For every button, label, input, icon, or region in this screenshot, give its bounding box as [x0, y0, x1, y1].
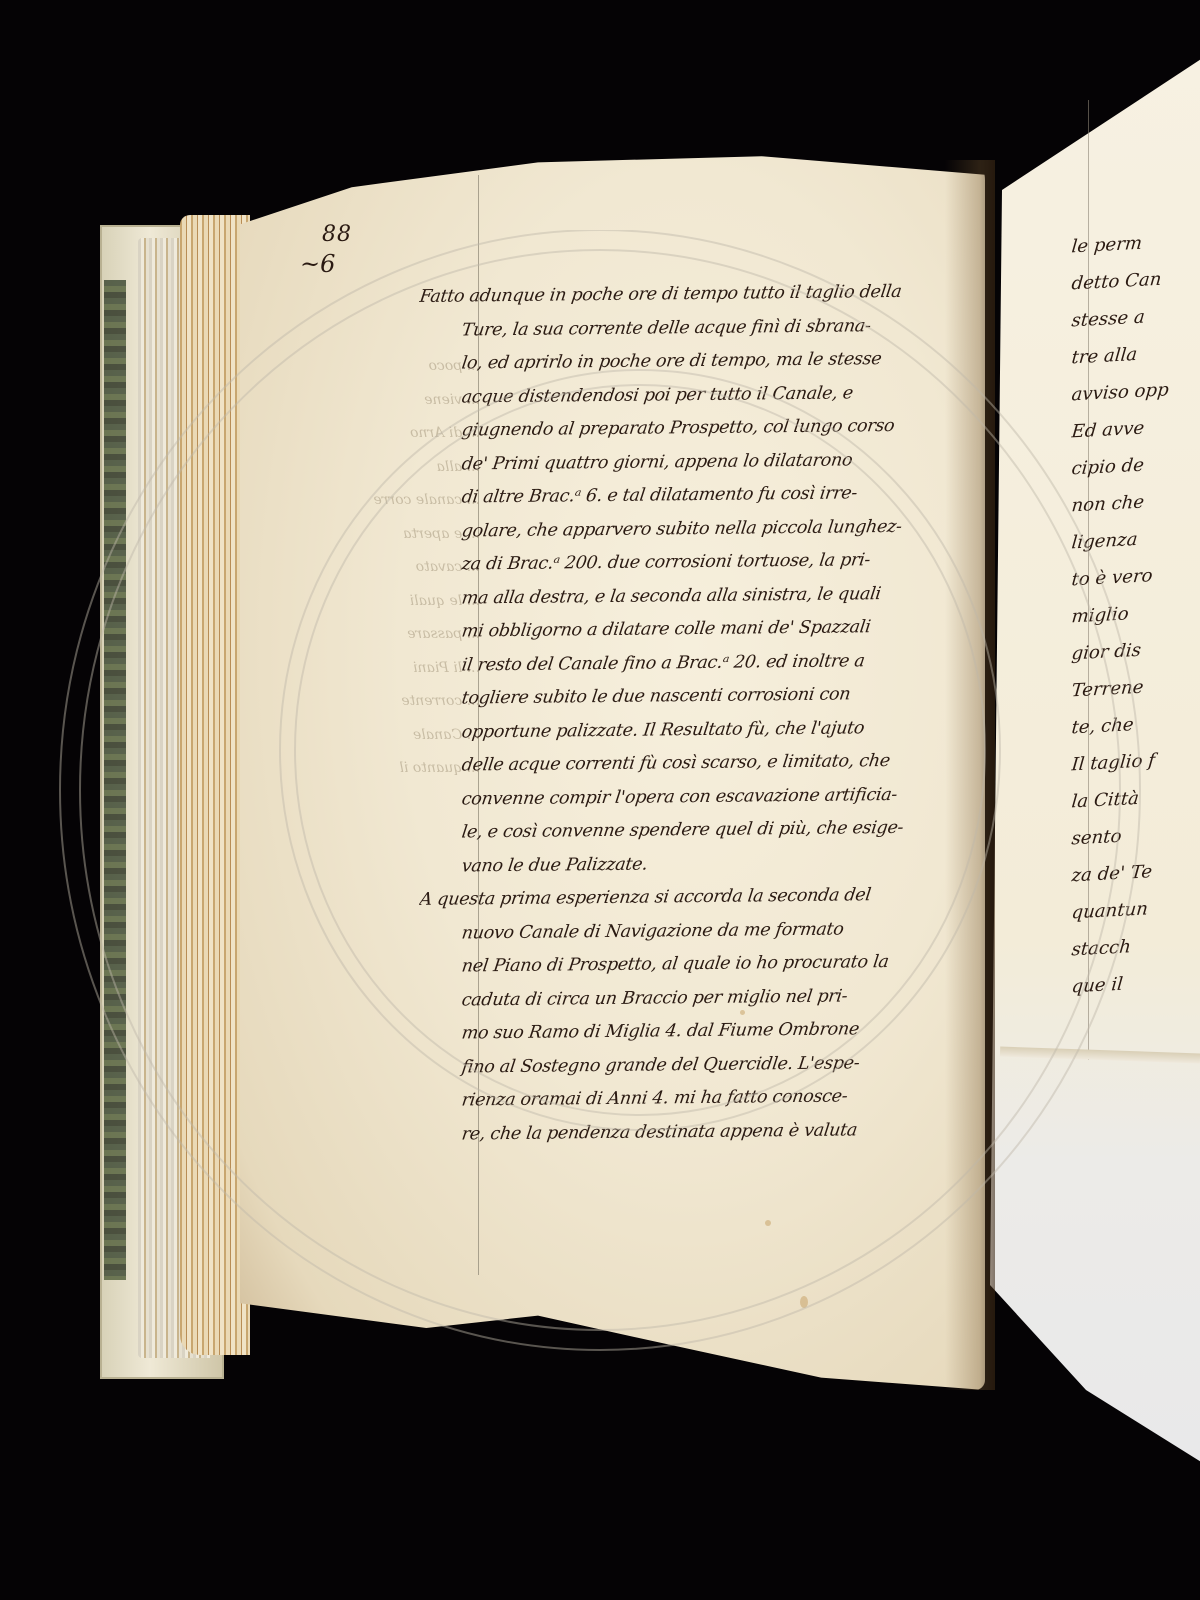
ink-stain: [800, 1296, 808, 1308]
manuscript-line: rienza oramai di Anni 4. mi ha fatto con…: [417, 1079, 982, 1118]
manuscript-line: lo, ed aprirlo in poche ore di tempo, ma…: [417, 342, 982, 381]
manuscript-photo: ... poco... viene... di Arno... alla... …: [0, 0, 1200, 1600]
ink-stain: [765, 1220, 771, 1226]
manuscript-line: togliere subito le due nascenti corrosio…: [417, 677, 982, 716]
manuscript-line: giugnendo al preparato Prospetto, col lu…: [417, 409, 982, 448]
manuscript-line: mo suo Ramo di Miglia 4. dal Fiume Ombro…: [417, 1012, 982, 1051]
manuscript-line: nel Piano di Prospetto, al quale io ho p…: [417, 945, 982, 984]
manuscript-line: delle acque correnti fù così scarso, e l…: [417, 744, 982, 783]
manuscript-line: Fatto adunque in poche ore di tempo tutt…: [417, 275, 982, 314]
page-number: 88: [322, 222, 352, 247]
manuscript-line: A questa prima esperienza si accorda la …: [417, 878, 982, 917]
manuscript-line: di altre Brac.ᵃ 6. e tal dilatamento fu …: [417, 476, 982, 515]
right-page-line: que il: [1070, 962, 1200, 1006]
right-page-text: le permdetto Canstesse atre allaavviso o…: [1072, 225, 1200, 1002]
manuscript-line: re, che la pendenza destinata appena è v…: [417, 1113, 982, 1152]
stained-fore-edge: [180, 215, 250, 1355]
manuscript-line: le, e così convenne spendere quel di più…: [417, 811, 982, 850]
handwritten-text-block: Fatto adunque in poche ore di tempo tutt…: [420, 278, 980, 1149]
page-number-flourish: ~6: [300, 250, 335, 278]
marbled-cover-edge: [104, 280, 126, 1280]
manuscript-line: za di Brac.ᵃ 200. due corrosioni tortuos…: [417, 543, 982, 582]
manuscript-line: mi obbligorno a dilatare colle mani de' …: [417, 610, 982, 649]
